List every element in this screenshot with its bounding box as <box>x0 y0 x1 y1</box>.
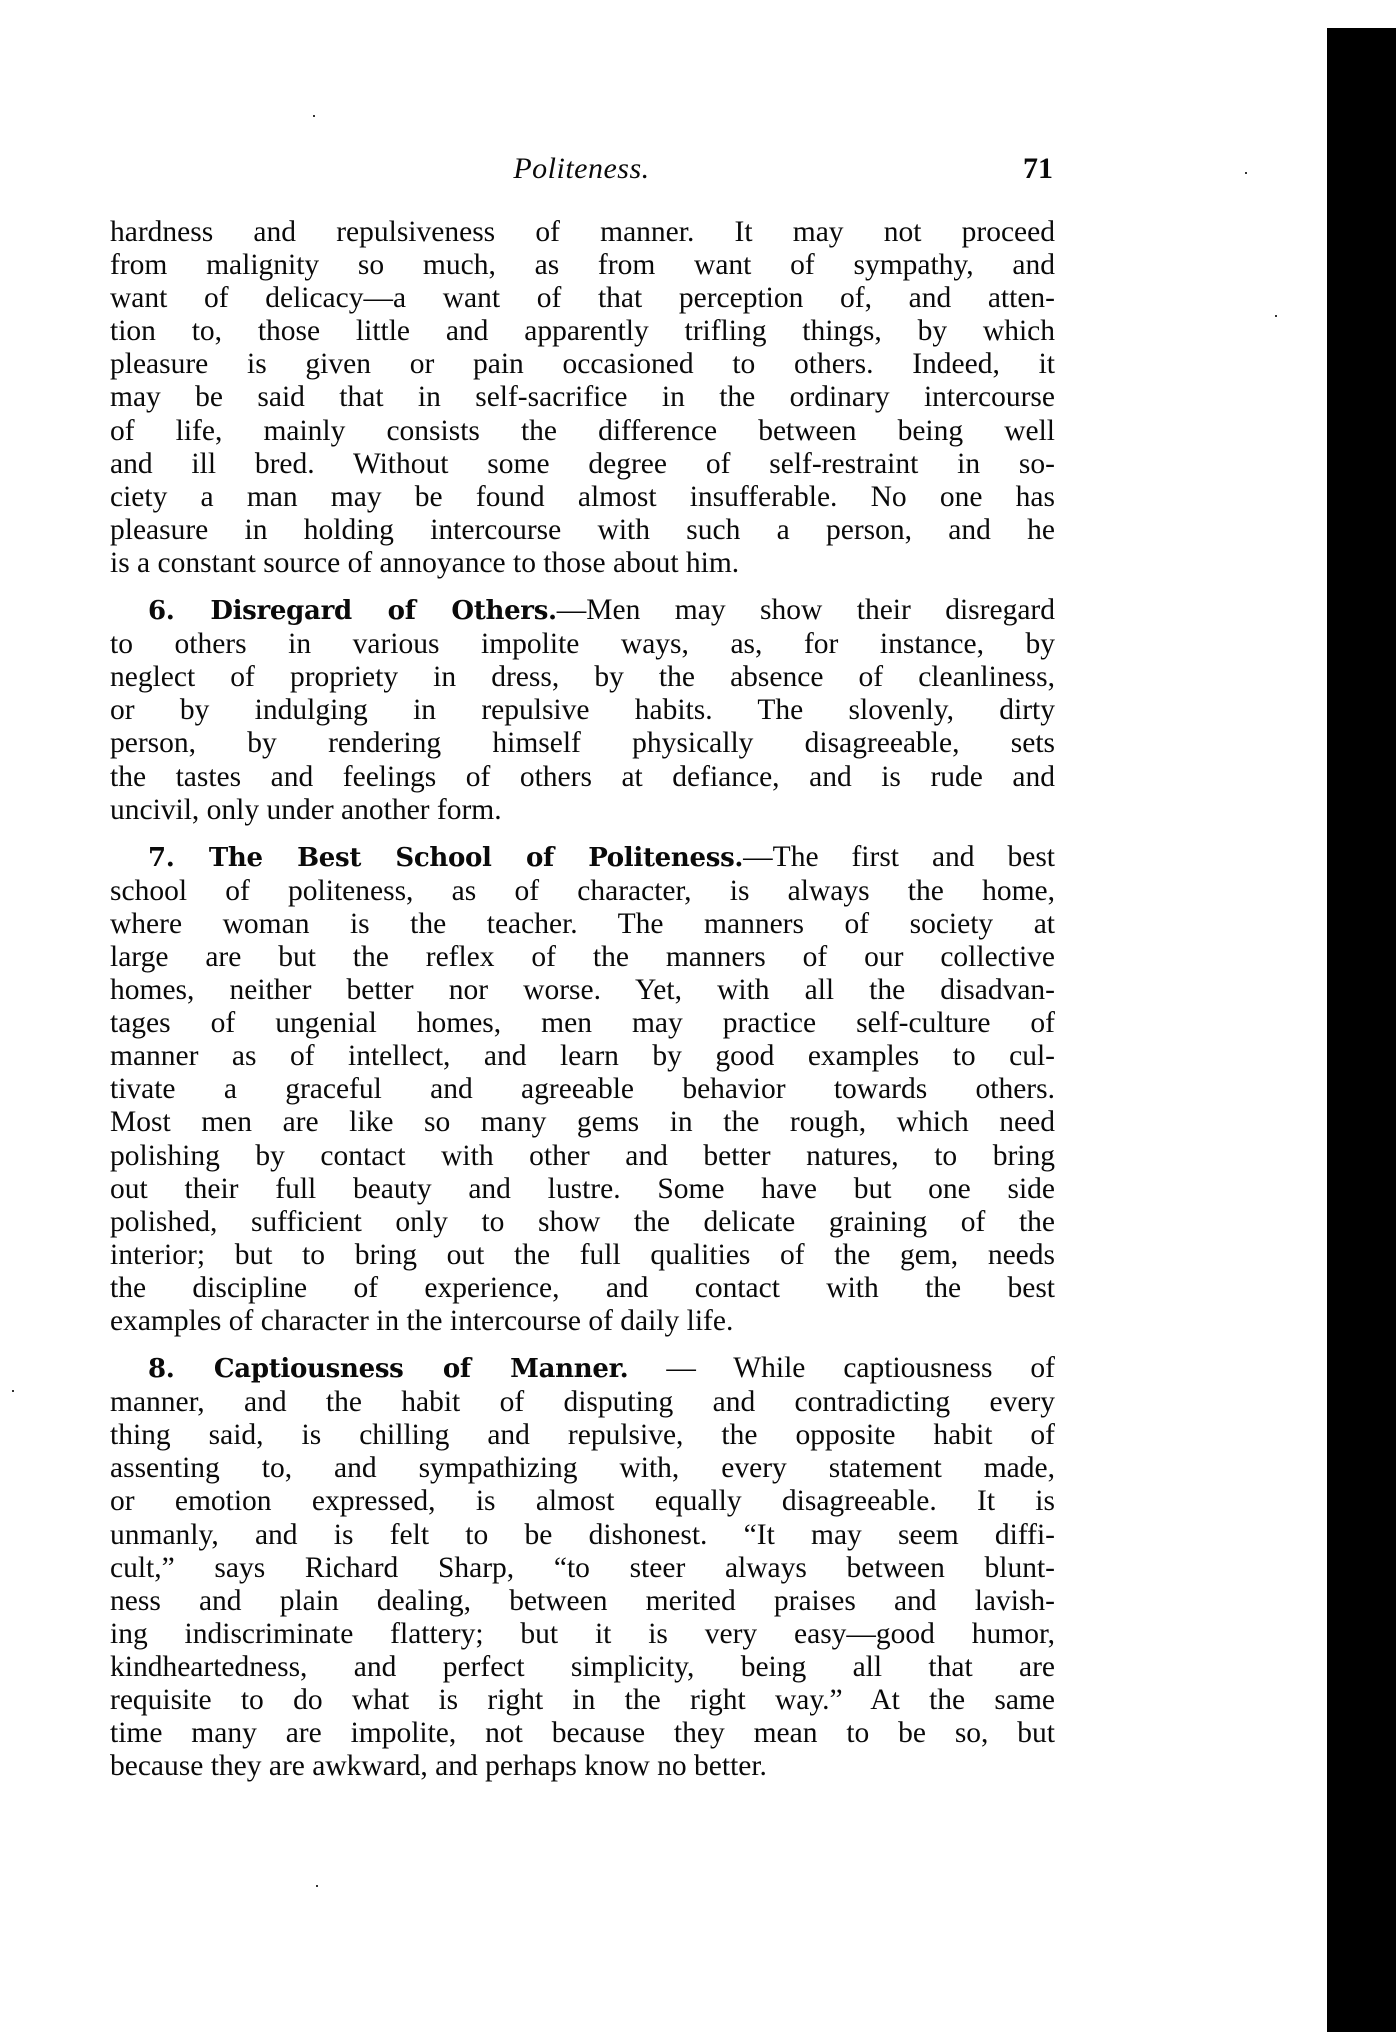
section-heading: 7. The Best School of Politeness. <box>148 843 743 873</box>
text-line: 7. The Best School of Politeness.—The fi… <box>110 841 1055 875</box>
text-line: large are but the reflex of the manners … <box>110 941 1055 974</box>
text-line: 8. Captiousness of Manner. — While capti… <box>110 1352 1055 1386</box>
text-run: —Men may show their disregard <box>557 594 1055 626</box>
text-line: the discipline of experience, and contac… <box>110 1272 1055 1305</box>
section-6-disregard-of-others: 6. Disregard of Others.—Men may show the… <box>110 594 1055 827</box>
scan-speck <box>1245 172 1247 174</box>
text-line: manner as of intellect, and learn by goo… <box>110 1040 1055 1073</box>
text-run: —The first and best <box>743 841 1055 873</box>
text-line: of life, mainly consists the difference … <box>110 415 1055 448</box>
text-line: kindheartedness, and perfect simplicity,… <box>110 1651 1055 1684</box>
text-line: tages of ungenial homes, men may practic… <box>110 1007 1055 1040</box>
text-line: cult,” says Richard Sharp, “to steer alw… <box>110 1552 1055 1585</box>
text-line: time many are impolite, not because they… <box>110 1717 1055 1750</box>
scan-speck <box>12 1390 14 1392</box>
text-run: — While captiousness of <box>628 1352 1055 1384</box>
text-line: 6. Disregard of Others.—Men may show the… <box>110 594 1055 628</box>
text-line: ing indiscriminate flattery; but it is v… <box>110 1618 1055 1651</box>
text-line: from malignity so much, as from want of … <box>110 249 1055 282</box>
text-line: Most men are like so many gems in the ro… <box>110 1106 1055 1139</box>
text-line: uncivil, only under another form. <box>110 794 1055 827</box>
text-line: ciety a man may be found almost insuffer… <box>110 481 1055 514</box>
section-8-captiousness-of-manner: 8. Captiousness of Manner. — While capti… <box>110 1352 1055 1783</box>
text-line: manner, and the habit of disputing and c… <box>110 1386 1055 1419</box>
scan-edge-black-bar <box>1327 28 1396 2032</box>
text-line: because they are awkward, and perhaps kn… <box>110 1750 1055 1783</box>
text-line: hardness and repulsiveness of manner. It… <box>110 216 1055 249</box>
scan-speck <box>1275 315 1277 317</box>
text-line: want of delicacy—a want of that percepti… <box>110 282 1055 315</box>
text-line: and ill bred. Without some degree of sel… <box>110 448 1055 481</box>
text-line: pleasure in holding intercourse with suc… <box>110 514 1055 547</box>
section-7-best-school-of-politeness: 7. The Best School of Politeness.—The fi… <box>110 841 1055 1338</box>
page-number: 71 <box>1023 152 1053 186</box>
text-line: person, by rendering himself physically … <box>110 727 1055 760</box>
running-title: Politeness. <box>110 152 1053 186</box>
text-line: or by indulging in repulsive habits. The… <box>110 694 1055 727</box>
text-line: or emotion expressed, is almost equally … <box>110 1485 1055 1518</box>
section-heading: 6. Disregard of Others. <box>148 596 557 626</box>
text-line: tion to, those little and apparently tri… <box>110 315 1055 348</box>
text-line: to others in various impolite ways, as, … <box>110 628 1055 661</box>
text-line: ness and plain dealing, between merited … <box>110 1585 1055 1618</box>
text-line: is a constant source of annoyance to tho… <box>110 547 1055 580</box>
text-line: neglect of propriety in dress, by the ab… <box>110 661 1055 694</box>
text-line: interior; but to bring out the full qual… <box>110 1239 1055 1272</box>
text-line: assenting to, and sympathizing with, eve… <box>110 1452 1055 1485</box>
text-line: requisite to do what is right in the rig… <box>110 1684 1055 1717</box>
text-line: tivate a graceful and agreeable behavior… <box>110 1073 1055 1106</box>
text-line: unmanly, and is felt to be dishonest. “I… <box>110 1519 1055 1552</box>
text-line: the tastes and feelings of others at def… <box>110 761 1055 794</box>
text-line: thing said, is chilling and repulsive, t… <box>110 1419 1055 1452</box>
text-line: where woman is the teacher. The manners … <box>110 908 1055 941</box>
text-line: may be said that in self-sacrifice in th… <box>110 381 1055 414</box>
scan-speck <box>316 1885 318 1887</box>
body-text: hardness and repulsiveness of manner. It… <box>110 216 1055 1783</box>
text-line: out their full beauty and lustre. Some h… <box>110 1173 1055 1206</box>
scan-speck <box>313 115 315 117</box>
text-line: polished, sufficient only to show the de… <box>110 1206 1055 1239</box>
text-line: homes, neither better nor worse. Yet, wi… <box>110 974 1055 1007</box>
paragraph-continuation: hardness and repulsiveness of manner. It… <box>110 216 1055 580</box>
text-line: examples of character in the intercourse… <box>110 1305 1055 1338</box>
text-line: polishing by contact with other and bett… <box>110 1140 1055 1173</box>
text-line: pleasure is given or pain occasioned to … <box>110 348 1055 381</box>
section-heading: 8. Captiousness of Manner. <box>148 1354 628 1384</box>
page-header: Politeness. 71 <box>110 152 1053 192</box>
text-line: school of politeness, as of character, i… <box>110 875 1055 908</box>
